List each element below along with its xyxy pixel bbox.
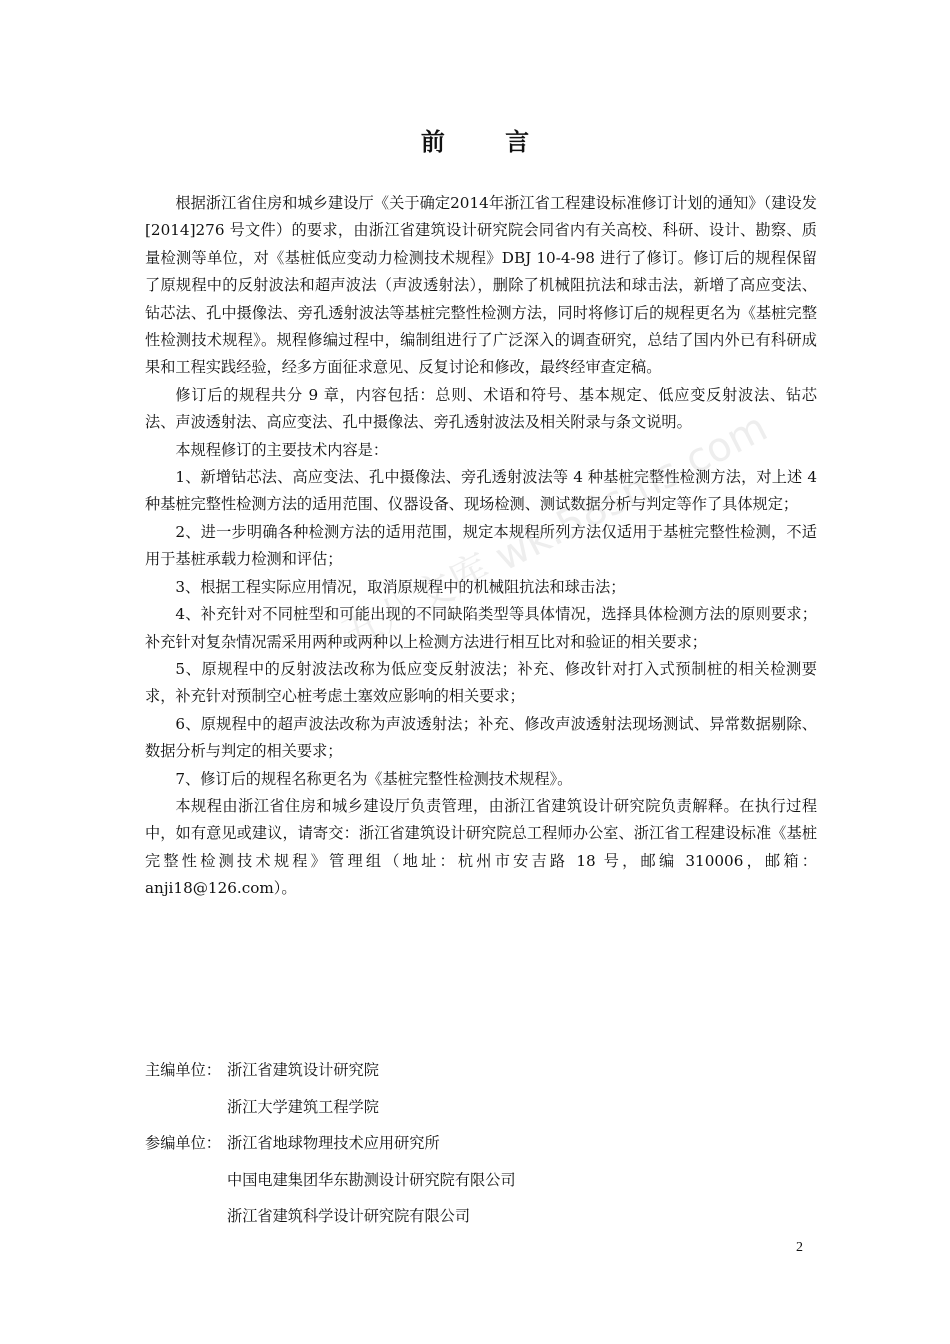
chief-unit-row: 主编单位：浙江省建筑设计研究院 [145, 1052, 817, 1089]
list-item-6: 6、原规程中的超声波法改称为声波透射法；补充、修改声波透射法现场测试、异常数据剔… [145, 711, 817, 766]
participating-unit-row: 参编单位：浙江省地球物理技术应用研究所 [145, 1125, 817, 1162]
list-item-5: 5、原规程中的反射波法改称为低应变反射波法；补充、修改针对打入式预制桩的相关检测… [145, 656, 817, 711]
chief-unit-name: 浙江大学建筑工程学院 [227, 1098, 379, 1116]
list-item-7: 7、修订后的规程名称更名为《基桩完整性检测技术规程》。 [145, 766, 817, 793]
list-item-1: 1、新增钻芯法、高应变法、孔中摄像法、旁孔透射波法等 4 种基桩完整性检测方法，… [145, 464, 817, 519]
paragraph-main-content-intro: 本规程修订的主要技术内容是： [145, 437, 817, 464]
paragraph-contact: 本规程由浙江省住房和城乡建设厅负责管理，由浙江省建筑设计研究院负责解释。在执行过… [145, 793, 817, 903]
chief-unit-row: 浙江大学建筑工程学院 [145, 1089, 817, 1126]
editing-units: 主编单位：浙江省建筑设计研究院 浙江大学建筑工程学院 参编单位：浙江省地球物理技… [145, 1052, 817, 1235]
chief-units-label: 主编单位： [145, 1052, 227, 1089]
participating-unit-row: 中国电建集团华东勘测设计研究院有限公司 [145, 1162, 817, 1199]
page-title: 前 言 [0, 122, 950, 157]
chief-unit-name: 浙江省建筑设计研究院 [227, 1061, 379, 1079]
list-item-3: 3、根据工程实际应用情况，取消原规程中的机械阻抗法和球击法； [145, 574, 817, 601]
participating-unit-name: 浙江省建筑科学设计研究院有限公司 [227, 1207, 470, 1225]
list-item-2: 2、进一步明确各种检测方法的适用范围，规定本规程所列方法仅适用于基桩完整性检测，… [145, 519, 817, 574]
page-number: 2 [796, 1240, 803, 1256]
preface-body: 根据浙江省住房和城乡建设厅《关于确定2014年浙江省工程建设标准修订计划的通知》… [145, 190, 817, 903]
participating-unit-row: 浙江省建筑科学设计研究院有限公司 [145, 1198, 817, 1235]
participating-units-label: 参编单位： [145, 1125, 227, 1162]
paragraph-background: 根据浙江省住房和城乡建设厅《关于确定2014年浙江省工程建设标准修订计划的通知》… [145, 190, 817, 382]
list-item-4: 4、补充针对不同桩型和可能出现的不同缺陷类型等具体情况，选择具体检测方法的原则要… [145, 601, 817, 656]
participating-unit-name: 中国电建集团华东勘测设计研究院有限公司 [227, 1171, 516, 1189]
paragraph-chapters: 修订后的规程共分 9 章，内容包括：总则、术语和符号、基本规定、低应变反射波法、… [145, 382, 817, 437]
participating-unit-name: 浙江省地球物理技术应用研究所 [227, 1134, 440, 1152]
document-page: 前 言 根据浙江省住房和城乡建设厅《关于确定2014年浙江省工程建设标准修订计划… [0, 0, 950, 1344]
